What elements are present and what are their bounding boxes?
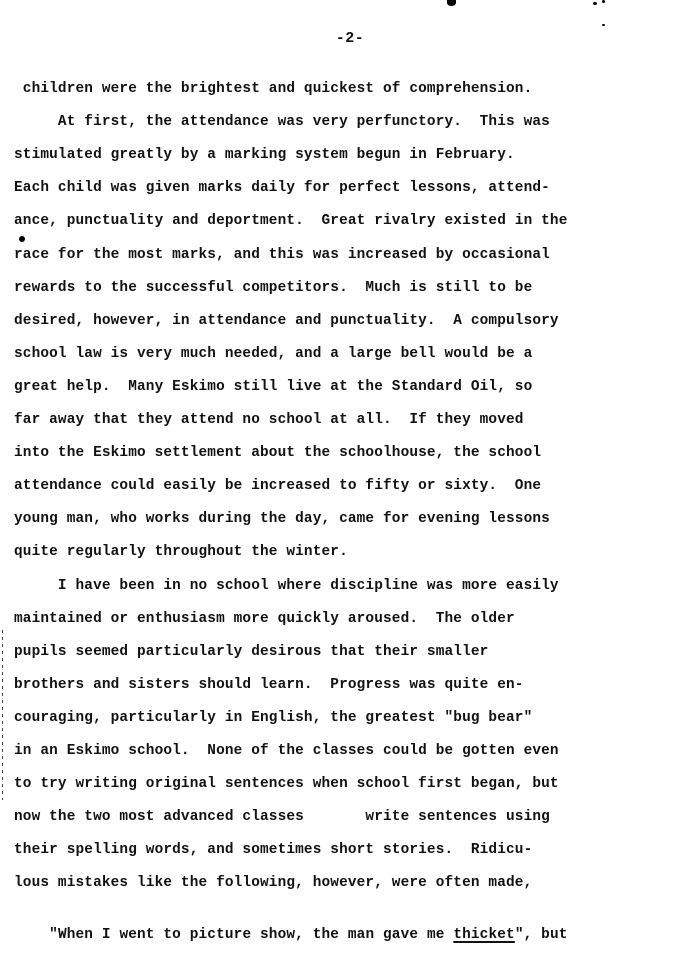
document-line: far away that they attend no school at a… <box>14 411 524 429</box>
document-line: ance, punctuality and deportment. Great … <box>14 212 568 230</box>
document-line: into the Eskimo settlement about the sch… <box>14 444 541 462</box>
document-line-quote: "When I went to picture show, the man ga… <box>14 908 568 962</box>
document-line: young man, who works during the day, cam… <box>14 510 550 528</box>
document-line: couraging, particularly in English, the … <box>14 709 532 727</box>
document-line: lous mistakes like the following, howeve… <box>14 874 532 892</box>
document-line: brothers and sisters should learn. Progr… <box>14 676 524 694</box>
document-line: I have been in no school where disciplin… <box>14 577 559 595</box>
document-line: rewards to the successful competitors. M… <box>14 279 532 297</box>
page-number: -2- <box>0 30 690 47</box>
scan-speck <box>19 236 25 242</box>
document-line: stimulated greatly by a marking system b… <box>14 146 515 164</box>
document-page: -2- children were the brightest and quic… <box>0 0 690 962</box>
document-line: Each child was given marks daily for per… <box>14 179 550 197</box>
document-line: to try writing original sentences when s… <box>14 775 559 793</box>
document-line: race for the most marks, and this was in… <box>14 246 550 264</box>
document-line: attendance could easily be increased to … <box>14 477 541 495</box>
scan-speck <box>602 0 605 3</box>
underlined-word: thicket <box>453 927 515 943</box>
quote-text-after: ", but <box>515 927 568 943</box>
document-line: now the two most advanced classes write … <box>14 808 550 826</box>
document-line: in an Eskimo school. None of the classes… <box>14 742 559 760</box>
document-line: great help. Many Eskimo still live at th… <box>14 378 532 396</box>
document-line: children were the brightest and quickest… <box>14 80 532 98</box>
document-line: At first, the attendance was very perfun… <box>14 113 550 131</box>
document-line: school law is very much needed, and a la… <box>14 345 532 363</box>
document-line: maintained or enthusiasm more quickly ar… <box>14 610 515 628</box>
document-line: quite regularly throughout the winter. <box>14 543 348 561</box>
document-line: pupils seemed particularly desirous that… <box>14 643 488 661</box>
document-line: desired, however, in attendance and punc… <box>14 312 559 330</box>
document-line: their spelling words, and sometimes shor… <box>14 841 532 859</box>
quote-text-before: "When I went to picture show, the man ga… <box>49 927 453 943</box>
scan-speck <box>593 2 597 5</box>
margin-mark <box>2 630 3 800</box>
scan-speck <box>602 24 605 26</box>
ink-blot <box>447 0 456 6</box>
